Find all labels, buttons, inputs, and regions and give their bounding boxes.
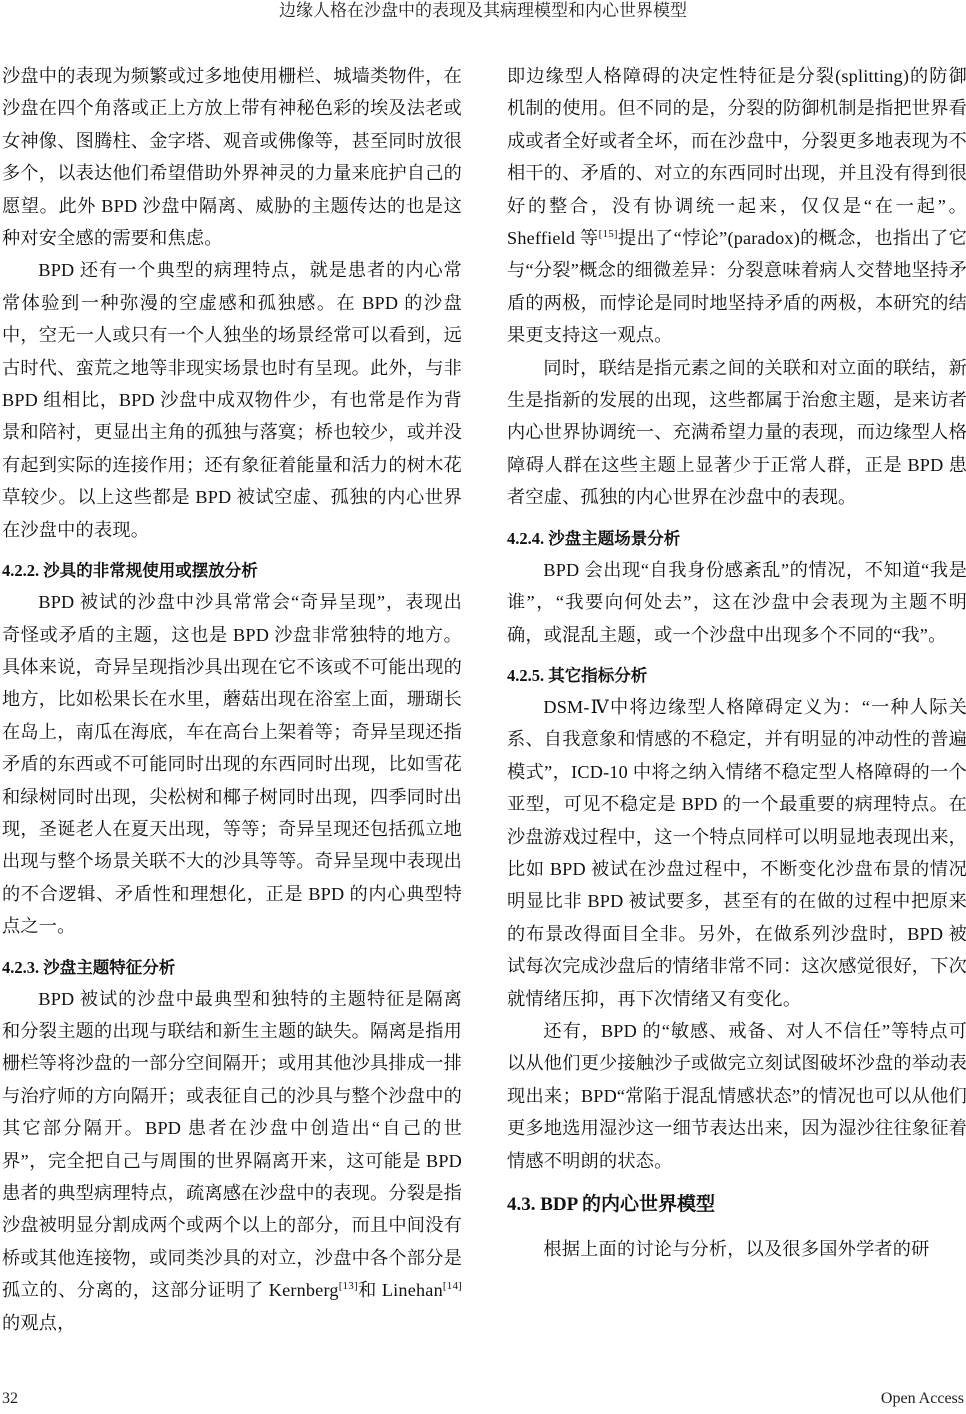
section-heading-4-2-5: 4.2.5. 其它指标分析 bbox=[507, 663, 966, 689]
running-title: 边缘人格在沙盘中的表现及其病理模型和内心世界模型 bbox=[0, 0, 966, 22]
paragraph: 沙盘中的表现为频繁或过多地使用栅栏、城墙类物件，在沙盘在四个角落或正上方放上带有… bbox=[2, 60, 462, 254]
section-heading-4-2-2: 4.2.2. 沙具的非常规使用或摆放分析 bbox=[2, 558, 462, 584]
open-access-label: Open Access bbox=[881, 1390, 964, 1408]
right-column: 即边缘型人格障碍的决定性特征是分裂(splitting)的防御机制的使用。但不同… bbox=[507, 60, 966, 1265]
paragraph-text: 和 Linehan bbox=[358, 1280, 443, 1300]
section-heading-4-2-3: 4.2.3. 沙盘主题特征分析 bbox=[2, 955, 462, 981]
page-footer: 32 Open Access bbox=[0, 1390, 966, 1412]
citation-ref[interactable]: [14] bbox=[443, 1280, 462, 1292]
paragraph: BPD 还有一个典型的病理特点，就是患者的内心常常体验到一种弥漫的空虚感和孤独感… bbox=[2, 254, 462, 546]
paragraph: BPD 被试的沙盘中最典型和独特的主题特征是隔离和分裂主题的出现与联结和新生主题… bbox=[2, 983, 462, 1339]
paragraph: BPD 被试的沙盘中沙具常常会“奇异呈现”，表现出奇怪或矛盾的主题，这也是 BP… bbox=[2, 586, 462, 942]
paragraph: 即边缘型人格障碍的决定性特征是分裂(splitting)的防御机制的使用。但不同… bbox=[507, 60, 966, 352]
citation-ref[interactable]: [13] bbox=[339, 1280, 358, 1292]
paragraph-text: BPD 被试的沙盘中最典型和独特的主题特征是隔离和分裂主题的出现与联结和新生主题… bbox=[2, 989, 462, 1301]
paragraph-text: 的观点， bbox=[2, 1313, 76, 1333]
section-heading-4-3: 4.3. BDP 的内心世界模型 bbox=[507, 1191, 966, 1219]
section-heading-4-2-4: 4.2.4. 沙盘主题场景分析 bbox=[507, 526, 966, 552]
citation-ref[interactable]: [15] bbox=[599, 228, 618, 240]
paragraph: 同时，联结是指元素之间的关联和对立面的联结，新生是指新的发展的出现，这些都属于治… bbox=[507, 352, 966, 514]
paragraph: 还有，BPD 的“敏感、戒备、对人不信任”等特点可以从他们更少接触沙子或做完立刻… bbox=[507, 1015, 966, 1177]
paragraph: BPD 会出现“自我身份感紊乱”的情况，不知道“我是谁”，“我要向何处去”，这在… bbox=[507, 554, 966, 651]
paragraph-text: 即边缘型人格障碍的决定性特征是分裂(splitting)的防御机制的使用。但不同… bbox=[507, 66, 966, 248]
paragraph: DSM-Ⅳ中将边缘型人格障碍定义为：“一种人际关系、自我意象和情感的不稳定，并有… bbox=[507, 691, 966, 1015]
paragraph: 根据上面的讨论与分析，以及很多国外学者的研 bbox=[507, 1233, 966, 1265]
page-number: 32 bbox=[2, 1390, 18, 1408]
left-column: 沙盘中的表现为频繁或过多地使用栅栏、城墙类物件，在沙盘在四个角落或正上方放上带有… bbox=[2, 60, 462, 1339]
